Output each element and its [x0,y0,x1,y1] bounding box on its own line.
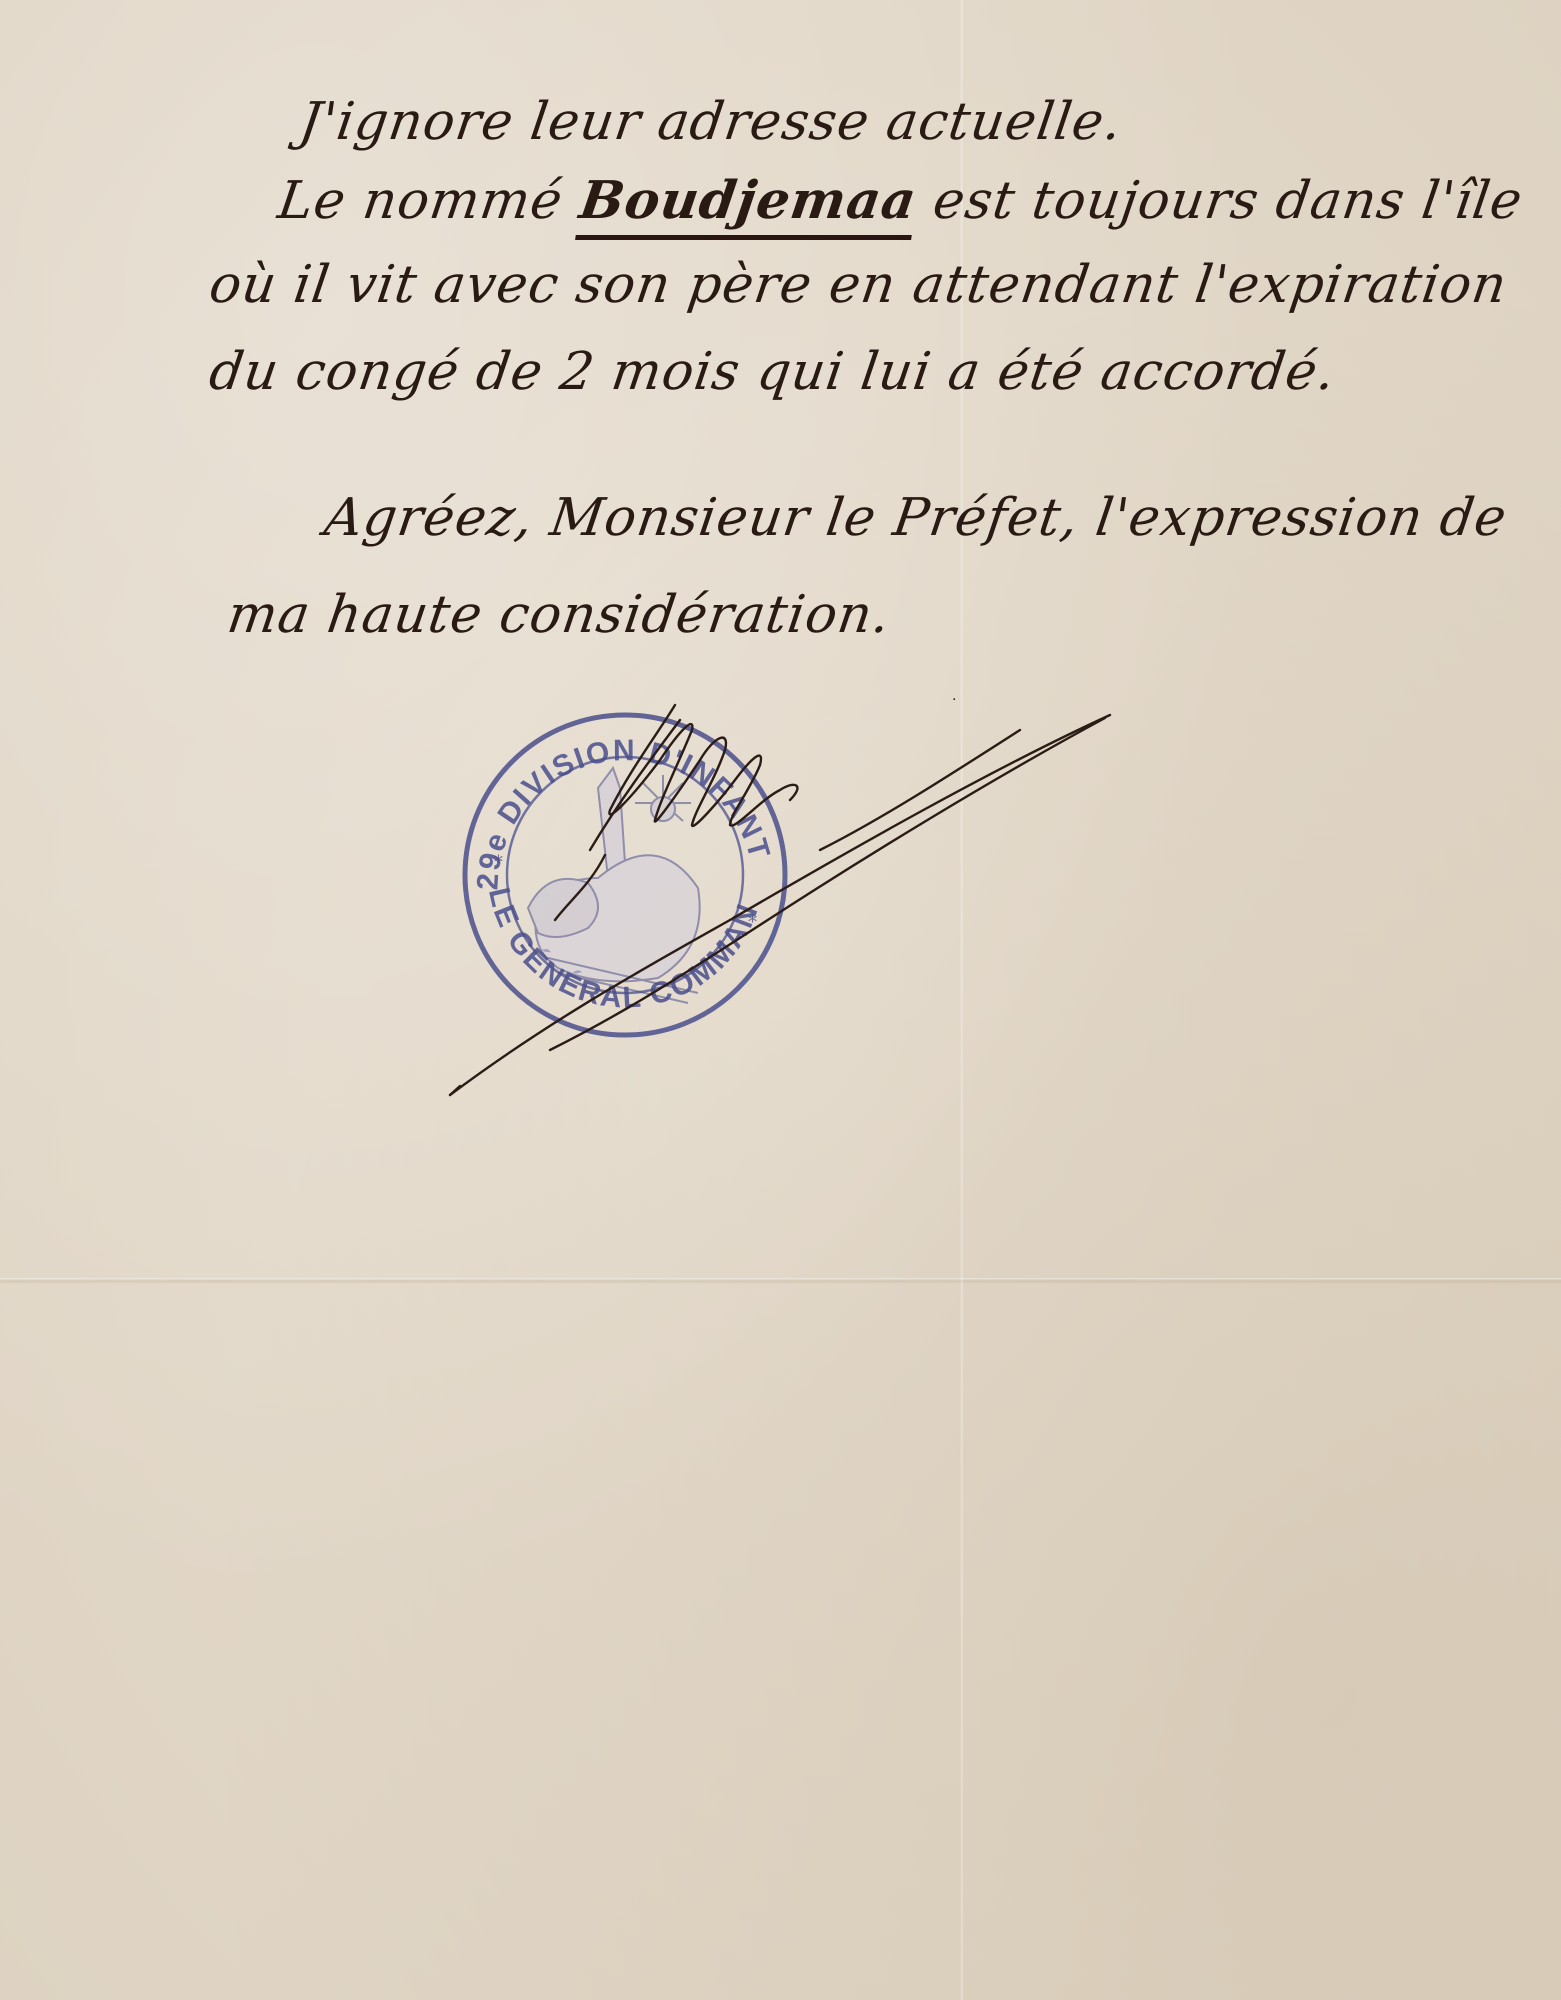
body-line-2: Le nommé Boudjemaa est toujours dans l'î… [273,170,1527,240]
body-line-3: où il vit avec son père en attendant l'e… [206,255,1511,315]
signature: . [430,690,1130,1110]
underlined-name: Boudjemaa [575,170,921,240]
closing-line-1: Agréez, Monsieur le Préfet, l'expression… [321,488,1511,548]
svg-text:.: . [952,690,956,704]
body-line-1: J'ignore leur adresse actuelle. [296,92,1126,152]
body-line-4: du congé de 2 mois qui lui a été accordé… [206,342,1340,402]
line2-rest: est toujours dans l'île [930,171,1527,231]
line2-prefix: Le nommé [274,171,566,231]
closing-line-2: ma haute considération. [224,585,894,645]
paper-fold-horizontal [0,1278,1561,1284]
